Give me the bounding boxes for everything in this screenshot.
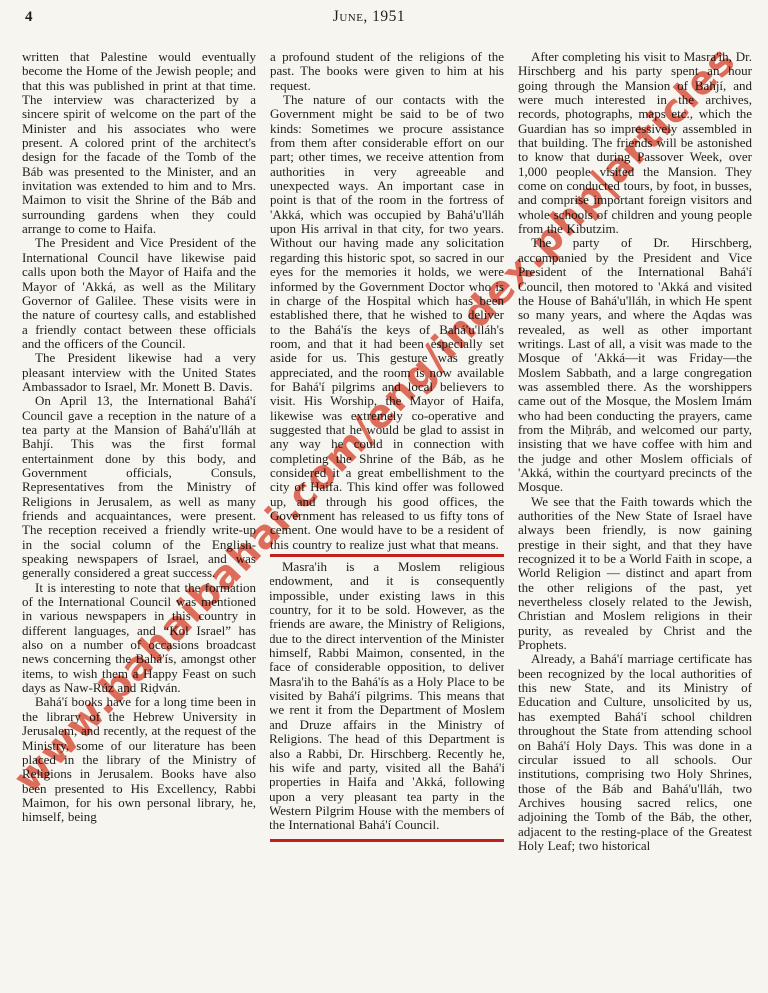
paragraph: The President likewise had a very pleasa… [22, 351, 256, 394]
paragraph: Masra'ih is a Moslem religious endowment… [270, 560, 504, 833]
page-header: 4 June, 1951 [0, 0, 768, 50]
column-2: a profound student of the religions of t… [270, 50, 504, 980]
paragraph: The party of Dr. Hirschberg, accompanied… [518, 236, 752, 494]
paragraph: The President and Vice President of the … [22, 236, 256, 351]
paragraph: written that Palestine would eventually … [22, 50, 256, 236]
issue-date: June, 1951 [0, 8, 738, 26]
article-columns: written that Palestine would eventually … [0, 50, 768, 980]
paragraph: a profound student of the religions of t… [270, 50, 504, 93]
paragraph: The nature of our contacts with the Gove… [270, 93, 504, 552]
paragraph: Already, a Bahá'í marriage certificate h… [518, 652, 752, 853]
column-1: written that Palestine would eventually … [22, 50, 256, 980]
paragraph: On April 13, the International Bahá'í Co… [22, 394, 256, 580]
paragraph: Bahá'í books have for a long time been i… [22, 695, 256, 824]
paragraph: We see that the Faith towards which the … [518, 495, 752, 653]
magazine-page: 4 June, 1951 written that Palestine woul… [0, 0, 768, 993]
highlight-box: Masra'ih is a Moslem religious endowment… [270, 554, 504, 842]
paragraph: It is interesting to note that the forma… [22, 581, 256, 696]
paragraph: After completing his visit to Masra'ih, … [518, 50, 752, 236]
column-3: After completing his visit to Masra'ih, … [518, 50, 752, 980]
